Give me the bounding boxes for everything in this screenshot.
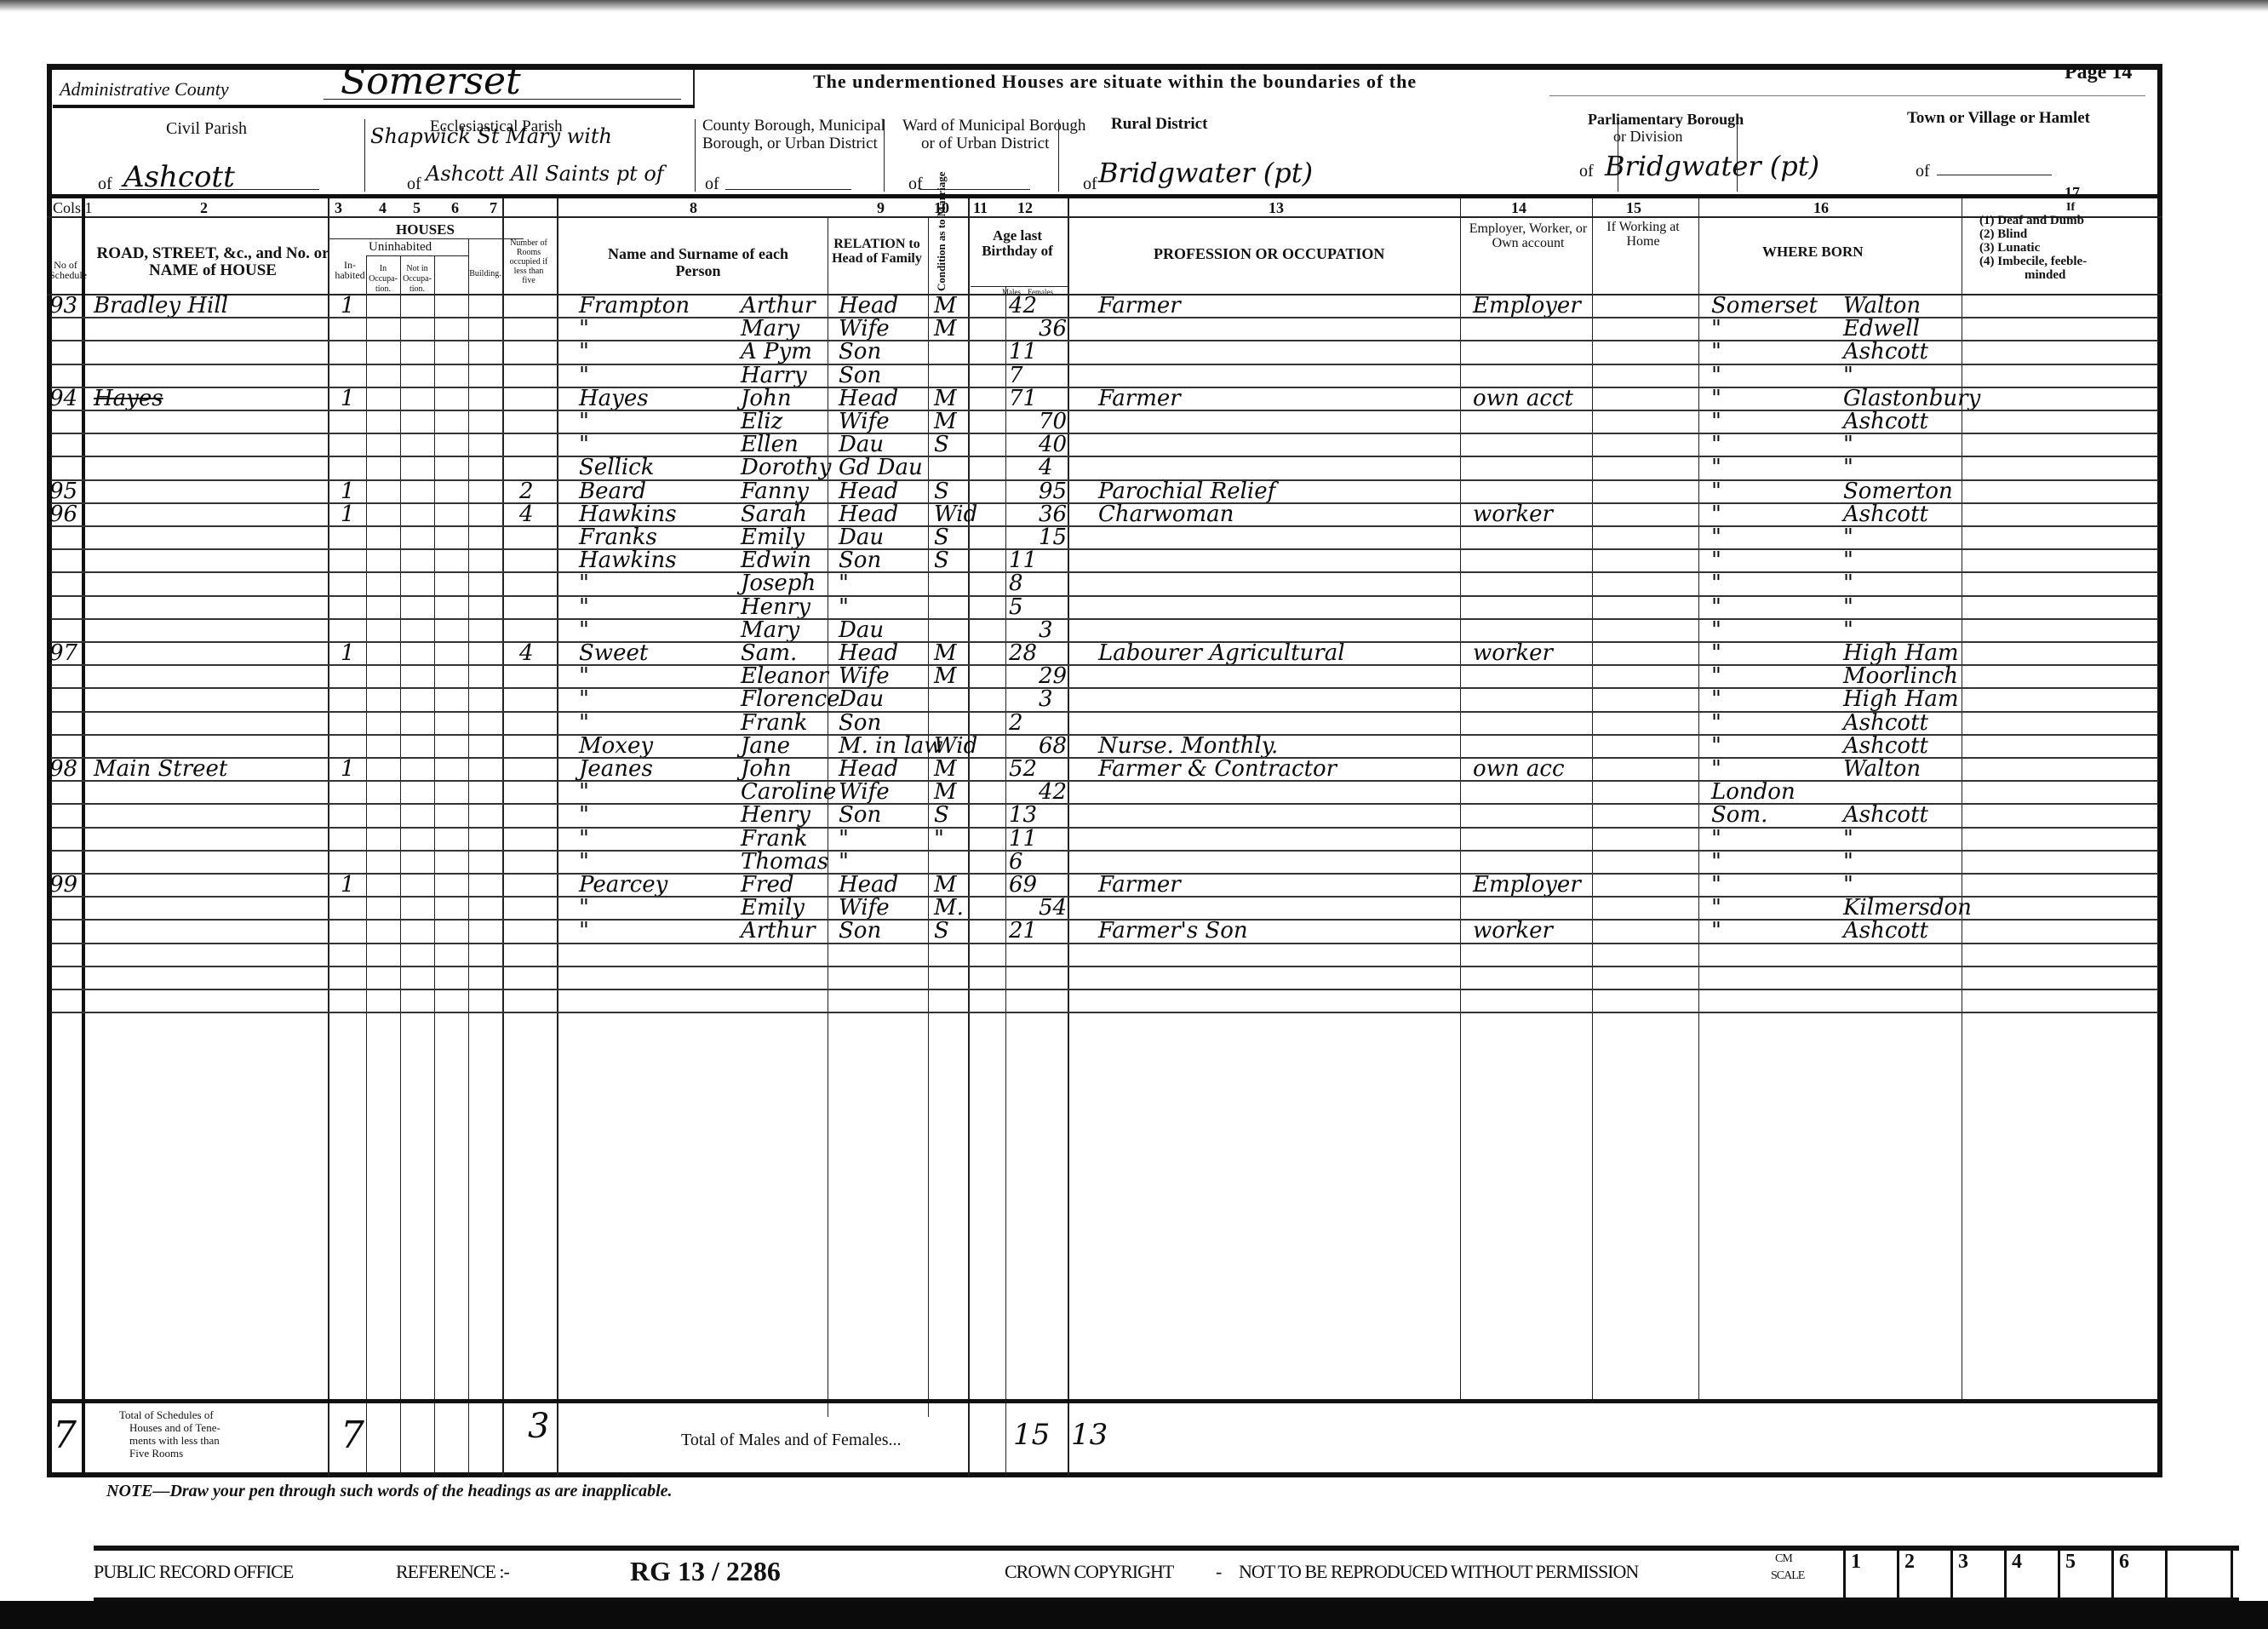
- header-infirmity-5: minded: [2025, 269, 2065, 282]
- condition-cell: M: [934, 410, 957, 433]
- ward-label-2: or of Urban District: [921, 135, 1049, 153]
- col-line: [828, 216, 828, 1417]
- header-schedule: No of Schedule: [49, 260, 82, 280]
- surname-cell: ": [579, 572, 589, 595]
- born-county-cell: ": [1711, 712, 1721, 735]
- col-line: [968, 198, 970, 1476]
- header-infirmity-2: (2) Blind: [1979, 228, 2027, 241]
- female-age-cell: 40: [1039, 433, 1067, 456]
- condition-cell: M: [934, 781, 957, 804]
- born-place-cell: ": [1843, 549, 1853, 572]
- born-county-cell: Som.: [1711, 804, 1767, 827]
- surname-cell: ": [579, 341, 589, 364]
- scale-mark-end: [2165, 1551, 2233, 1597]
- forename-cell: Sarah: [741, 503, 807, 526]
- born-county-cell: ": [1711, 758, 1721, 781]
- forename-cell: Thomas: [741, 851, 828, 874]
- born-county-cell: ": [1711, 572, 1721, 595]
- born-county-cell: ": [1711, 549, 1721, 572]
- condition-cell: Wid: [934, 735, 977, 758]
- female-age-cell: 3: [1039, 688, 1053, 711]
- relation-cell: Son: [839, 549, 881, 572]
- surname-cell: Moxey: [579, 735, 653, 758]
- header-rooms: Number of Rooms occupied if less than fi…: [507, 238, 551, 285]
- relation-cell: Head: [839, 642, 898, 665]
- female-age-cell: 95: [1039, 480, 1067, 503]
- forename-cell: Harry: [741, 364, 807, 387]
- relation-cell: Head: [839, 503, 898, 526]
- town-of: of: [1916, 162, 1930, 181]
- condition-cell: M: [934, 874, 957, 897]
- header-houses: HOUSES: [396, 221, 455, 238]
- colnum-15: 15: [1626, 199, 1641, 217]
- footer-scale-label-1: CM: [1775, 1552, 1792, 1566]
- born-county-cell: ": [1711, 665, 1721, 688]
- row-rule: [51, 850, 2158, 852]
- born-county-cell: ": [1711, 503, 1721, 526]
- colnum-1: Cols 1: [53, 199, 93, 217]
- schedule-cell: 97: [49, 642, 77, 665]
- divider: [364, 119, 365, 192]
- forename-cell: Mary: [741, 619, 799, 642]
- colnum-12: 12: [1017, 199, 1033, 217]
- col-line: [82, 198, 85, 1476]
- occupation-cell: Charwoman: [1098, 503, 1234, 526]
- header-age: Age last Birthday of: [975, 228, 1060, 259]
- condition-cell: S: [934, 804, 949, 827]
- row-rule: [51, 1012, 2158, 1013]
- inhabited-cell: 1: [341, 503, 355, 526]
- condition-cell: M: [934, 295, 957, 318]
- condition-cell: S: [934, 480, 949, 503]
- born-county-cell: ": [1711, 920, 1721, 943]
- female-age-cell: 36: [1039, 503, 1067, 526]
- rooms-cell: 4: [519, 503, 534, 526]
- col-line: [328, 198, 329, 1476]
- female-age-cell: 4: [1039, 456, 1053, 479]
- divider: [695, 119, 696, 192]
- scale-mark-2: 2: [1897, 1551, 1950, 1597]
- female-age-cell: 29: [1039, 665, 1067, 688]
- forename-cell: Edwin: [741, 549, 811, 572]
- born-place-cell: ": [1843, 851, 1853, 874]
- page-edge-shadow: [0, 0, 2268, 12]
- born-place-cell: ": [1843, 364, 1853, 387]
- row-rule: [51, 943, 2158, 944]
- total-schedules: 7: [53, 1414, 77, 1457]
- employer-cell: Employer: [1473, 295, 1581, 318]
- condition-cell: M: [934, 387, 957, 410]
- row-rule: [51, 966, 2158, 967]
- surname-cell: ": [579, 596, 589, 619]
- col-line: [557, 198, 558, 1476]
- occupation-cell: Farmer & Contractor: [1098, 758, 1337, 781]
- female-age-cell: 70: [1039, 410, 1067, 433]
- row-rule: [51, 664, 2158, 666]
- employer-cell: own acc: [1473, 758, 1565, 781]
- row-rule: [51, 711, 2158, 713]
- row-rule: [51, 595, 2158, 597]
- male-age-cell: 6: [1009, 851, 1023, 874]
- colnum-rule: [47, 216, 2162, 218]
- condition-cell: S: [934, 549, 949, 572]
- col-line: [468, 238, 469, 1476]
- surname-cell: Pearcey: [579, 874, 667, 897]
- born-place-cell: Walton: [1843, 758, 1921, 781]
- total-schedules-label-3: ments with less than: [129, 1435, 220, 1447]
- eccl-parish-value-line2: Ashcott All Saints pt of: [426, 162, 664, 186]
- relation-cell: Dau: [839, 526, 884, 549]
- footer-dark-band: [0, 1601, 2268, 1629]
- born-county-cell: ": [1711, 433, 1721, 456]
- rural-district-label: Rural District: [1111, 115, 1207, 134]
- born-place-cell: ": [1843, 828, 1853, 851]
- male-age-cell: 69: [1009, 874, 1037, 897]
- header-not-in-occupation: Not in Occupa-tion.: [402, 264, 432, 295]
- relation-cell: Son: [839, 804, 881, 827]
- road-cell: Hayes: [94, 387, 163, 410]
- born-place-cell: Ashcott: [1843, 712, 1928, 735]
- col-line: [400, 255, 401, 1476]
- born-county-cell: ": [1711, 341, 1721, 364]
- female-age-cell: 15: [1039, 526, 1067, 549]
- forename-cell: Arthur: [741, 920, 816, 943]
- boundaries-text: The undermentioned Houses are situate wi…: [813, 71, 1417, 93]
- surname-cell: ": [579, 712, 589, 735]
- born-county-cell: ": [1711, 596, 1721, 619]
- relation-cell: Son: [839, 712, 881, 735]
- relation-cell: Son: [839, 364, 881, 387]
- footer-office: PUBLIC RECORD OFFICE: [94, 1561, 293, 1583]
- forename-cell: Frank: [741, 828, 807, 851]
- forename-cell: Dorothy: [741, 456, 831, 479]
- eccl-parish-of: of: [407, 175, 421, 194]
- header-occupation: PROFESSION OR OCCUPATION: [1154, 245, 1384, 263]
- header-in-occupation: In Occupa-tion.: [368, 264, 398, 295]
- surname-cell: ": [579, 433, 589, 456]
- schedule-cell: 98: [49, 758, 77, 781]
- forename-cell: John: [741, 758, 792, 781]
- row-rule: [51, 364, 2158, 365]
- inhabited-cell: 1: [341, 874, 355, 897]
- inhabited-cell: 1: [341, 642, 355, 665]
- born-place-cell: ": [1843, 874, 1853, 897]
- row-rule: [51, 317, 2158, 318]
- header-infirmity-if: If: [2066, 201, 2075, 215]
- male-age-cell: 11: [1009, 828, 1037, 851]
- footer-reference-label: REFERENCE :-: [396, 1561, 509, 1583]
- row-rule: [51, 525, 2158, 527]
- road-cell: Main Street: [94, 758, 227, 781]
- occupation-cell: Parochial Relief: [1098, 480, 1275, 503]
- colnum-11: 11: [973, 199, 988, 217]
- total-rooms: 3: [528, 1407, 549, 1446]
- row-rule: [51, 548, 2158, 550]
- divider: [884, 119, 885, 192]
- born-county-cell: ": [1711, 410, 1721, 433]
- row-rule: [51, 618, 2158, 620]
- employer-cell: worker: [1473, 503, 1553, 526]
- title-underline: [53, 105, 695, 108]
- occupation-cell: Farmer: [1098, 874, 1181, 897]
- forename-cell: Fred: [741, 874, 794, 897]
- born-county-cell: Somerset: [1711, 295, 1818, 318]
- forename-cell: Ellen: [741, 433, 799, 456]
- forename-cell: Eleanor: [741, 665, 828, 688]
- born-place-cell: Ashcott: [1843, 735, 1928, 758]
- header-inhabited: In-habited: [335, 260, 365, 280]
- inhabited-cell: 1: [341, 758, 355, 781]
- schedule-cell: 96: [49, 503, 77, 526]
- header-employer: Employer, Worker, or Own account: [1469, 221, 1588, 250]
- row-rule: [51, 571, 2158, 573]
- relation-cell: Dau: [839, 688, 884, 711]
- schedule-cell: 95: [49, 480, 77, 503]
- born-place-cell: Ashcott: [1843, 341, 1928, 364]
- born-county-cell: ": [1711, 364, 1721, 387]
- relation-cell: Head: [839, 874, 898, 897]
- road-cell: Bradley Hill: [94, 295, 228, 318]
- forename-cell: Mary: [741, 318, 799, 341]
- relation-cell: Wife: [839, 665, 890, 688]
- born-place-cell: Walton: [1843, 295, 1921, 318]
- row-rule: [51, 410, 2158, 411]
- forename-cell: Florence: [741, 688, 840, 711]
- row-rule: [51, 803, 2158, 805]
- col-line: [502, 198, 504, 1476]
- condition-cell: M: [934, 642, 957, 665]
- relation-cell: Gd Dau: [839, 456, 923, 479]
- condition-cell: S: [934, 433, 949, 456]
- born-place-cell: High Ham: [1843, 688, 1958, 711]
- surname-cell: ": [579, 619, 589, 642]
- relation-cell: ": [839, 828, 849, 851]
- forename-cell: Joseph: [741, 572, 816, 595]
- header-where-born: WHERE BORN: [1762, 244, 1864, 261]
- colnum-8: 8: [690, 199, 697, 217]
- surname-cell: Hayes: [579, 387, 649, 410]
- relation-cell: Wife: [839, 318, 890, 341]
- relation-cell: M. in law: [839, 735, 943, 758]
- relation-cell: Dau: [839, 433, 884, 456]
- header-condition: Condition as to Marriage: [935, 215, 948, 291]
- age-rule: [971, 286, 1068, 287]
- row-rule: [51, 433, 2158, 434]
- total-schedules-label-4: Five Rooms: [129, 1448, 183, 1460]
- surname-cell: ": [579, 364, 589, 387]
- colnum-9: 9: [877, 199, 885, 217]
- row-rule: [51, 687, 2158, 689]
- header-infirmity-4: (4) Imbecile, feeble-: [1979, 255, 2087, 268]
- relation-cell: Wife: [839, 897, 890, 920]
- surname-cell: Franks: [579, 526, 657, 549]
- surname-cell: Sellick: [579, 456, 654, 479]
- scale-mark-3: 3: [1950, 1551, 2004, 1597]
- surname-cell: Sweet: [579, 642, 648, 665]
- colnum-17: 17: [2065, 184, 2080, 202]
- colnum-14: 14: [1511, 199, 1526, 217]
- forename-cell: A Pym: [741, 341, 812, 364]
- born-place-cell: ": [1843, 456, 1853, 479]
- rooms-cell: 4: [519, 642, 534, 665]
- relation-cell: Son: [839, 341, 881, 364]
- col-line: [1068, 198, 1069, 1476]
- male-age-cell: 2: [1009, 712, 1023, 735]
- condition-cell: M: [934, 758, 957, 781]
- row-rule: [51, 989, 2158, 990]
- footer-dash: -: [1216, 1561, 1221, 1583]
- total-schedules-label-1: Total of Schedules of: [119, 1409, 214, 1421]
- row-rule: [51, 780, 2158, 782]
- born-county-cell: ": [1711, 874, 1721, 897]
- col-line: [366, 255, 367, 1476]
- archive-footer: PUBLIC RECORD OFFICE REFERENCE :- RG 13 …: [94, 1546, 2239, 1603]
- header-infirmity-1: (1) Deaf and Dumb: [1979, 215, 2084, 227]
- occupation-cell: Farmer: [1098, 387, 1181, 410]
- surname-cell: ": [579, 688, 589, 711]
- born-place-cell: Moorlinch: [1843, 665, 1958, 688]
- row-rule: [51, 827, 2158, 829]
- occupation-cell: Farmer: [1098, 295, 1181, 318]
- forename-cell: Sam.: [741, 642, 797, 665]
- header-band-rule: [47, 194, 2162, 198]
- relation-cell: Head: [839, 480, 898, 503]
- relation-cell: ": [839, 596, 849, 619]
- header-name: Name and Surname of each Person: [596, 245, 800, 279]
- page-number: Page 14: [2065, 61, 2132, 84]
- form-note: NOTE—Draw your pen through such words of…: [106, 1482, 673, 1501]
- male-age-cell: 13: [1009, 804, 1037, 827]
- born-county-cell: ": [1711, 526, 1721, 549]
- male-age-cell: 8: [1009, 572, 1023, 595]
- forename-cell: Henry: [741, 596, 810, 619]
- col-line: [1005, 286, 1006, 1476]
- born-place-cell: Ashcott: [1843, 920, 1928, 943]
- scale-mark-6: 6: [2111, 1551, 2165, 1597]
- scale-mark-4: 4: [2004, 1551, 2058, 1597]
- parl-of: of: [1579, 162, 1594, 181]
- surname-cell: Frampton: [579, 295, 690, 318]
- born-place-cell: Ashcott: [1843, 410, 1928, 433]
- admin-county-value: Somerset: [341, 60, 521, 103]
- rural-district-value: Bridgwater (pt): [1098, 157, 1313, 189]
- relation-cell: Head: [839, 387, 898, 410]
- header-infirmity-3: (3) Lunatic: [1979, 242, 2040, 255]
- total-schedules-label-2: Houses and of Tene-: [129, 1422, 220, 1434]
- colnum-16: 16: [1813, 199, 1829, 217]
- employer-cell: own acct: [1473, 387, 1573, 410]
- divider: [1058, 119, 1059, 192]
- born-county-cell: ": [1711, 897, 1721, 920]
- male-age-cell: 71: [1009, 387, 1037, 410]
- footer-scale-label-2: SCALE: [1771, 1569, 1804, 1583]
- col-line: [1698, 198, 1699, 1399]
- civil-parish-of: of: [98, 175, 112, 194]
- born-county-cell: ": [1711, 480, 1721, 503]
- born-county-cell: ": [1711, 851, 1721, 874]
- inhabited-cell: 1: [341, 387, 355, 410]
- surname-cell: ": [579, 665, 589, 688]
- town-label: Town or Village or Hamlet: [1907, 109, 2090, 128]
- male-age-cell: 11: [1009, 341, 1037, 364]
- female-age-cell: 42: [1039, 781, 1067, 804]
- rural-district-of: of: [1083, 175, 1097, 194]
- forename-cell: Arthur: [741, 295, 816, 318]
- born-place-cell: ": [1843, 433, 1853, 456]
- condition-cell: Wid: [934, 503, 977, 526]
- female-age-cell: 54: [1039, 897, 1067, 920]
- divider: [693, 70, 695, 106]
- ward-of: of: [908, 175, 923, 194]
- forename-cell: Fanny: [741, 480, 809, 503]
- footer-reference-value: RG 13 / 2286: [630, 1556, 781, 1587]
- employer-cell: worker: [1473, 920, 1553, 943]
- scale-mark-5: 5: [2058, 1551, 2111, 1597]
- col-line: [1592, 198, 1593, 1399]
- uninhabited-rule: [366, 255, 468, 256]
- forename-cell: Emily: [741, 526, 805, 549]
- colnum-5: 5: [413, 199, 421, 217]
- condition-cell: S: [934, 526, 949, 549]
- surname-cell: Hawkins: [579, 503, 677, 526]
- forename-cell: Henry: [741, 804, 810, 827]
- forename-cell: Frank: [741, 712, 807, 735]
- county-borough-underline: [725, 189, 851, 190]
- boundaries-dotline: [1549, 95, 2145, 96]
- born-place-cell: Ashcott: [1843, 503, 1928, 526]
- surname-cell: Beard: [579, 480, 646, 503]
- relation-cell: Dau: [839, 619, 884, 642]
- eccl-parish-value-line1: Shapwick St Mary with: [370, 124, 612, 148]
- occupation-cell: Nurse. Monthly.: [1098, 735, 1278, 758]
- condition-cell: M: [934, 665, 957, 688]
- header-road: ROAD, STREET, &c., and No. or NAME of HO…: [94, 245, 332, 279]
- born-county-cell: ": [1711, 619, 1721, 642]
- civil-parish-label: Civil Parish: [166, 119, 247, 139]
- colnum-7: 7: [490, 199, 497, 217]
- surname-cell: Jeanes: [579, 758, 653, 781]
- surname-cell: ": [579, 804, 589, 827]
- rooms-cell: 2: [519, 480, 534, 503]
- condition-cell: ": [934, 828, 944, 851]
- male-age-cell: 21: [1009, 920, 1037, 943]
- born-county-cell: ": [1711, 735, 1721, 758]
- row-rule: [51, 896, 2158, 898]
- male-age-cell: 11: [1009, 549, 1037, 572]
- header-uninhabited: Uninhabited: [369, 240, 432, 255]
- row-rule: [51, 340, 2158, 341]
- surname-cell: ": [579, 781, 589, 804]
- born-county-cell: ": [1711, 456, 1721, 479]
- relation-cell: Son: [839, 920, 881, 943]
- born-county-cell: ": [1711, 387, 1721, 410]
- surname-cell: ": [579, 318, 589, 341]
- relation-cell: ": [839, 572, 849, 595]
- relation-cell: Wife: [839, 781, 890, 804]
- occupation-cell: Labourer Agricultural: [1098, 642, 1345, 665]
- born-place-cell: Kilmersdon: [1843, 897, 1972, 920]
- born-place-cell: Somerton: [1843, 480, 1953, 503]
- female-age-cell: 68: [1039, 735, 1067, 758]
- forename-cell: John: [741, 387, 792, 410]
- employer-cell: worker: [1473, 642, 1553, 665]
- inhabited-cell: 1: [341, 295, 355, 318]
- forename-cell: Caroline: [741, 781, 836, 804]
- col-line: [434, 255, 435, 1476]
- divider: [1737, 119, 1738, 192]
- scale-mark-1: 1: [1843, 1551, 1897, 1597]
- schedule-cell: 94: [49, 387, 77, 410]
